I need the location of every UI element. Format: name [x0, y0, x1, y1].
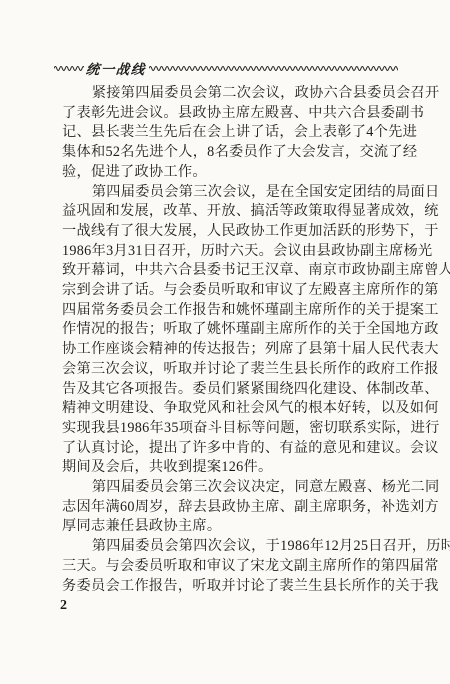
text-line: 第四届委员会第三次会议决定，同意左殿喜、杨光二同: [62, 478, 400, 498]
paragraph: 紧接第四届委员会第二次会议，政协六合县委员会召开了表彰先进会议。县政协主席左殿喜…: [62, 84, 400, 183]
text-line: 作情况的报告；听取了姚怀瑾副主席所作的关于全国地方政: [62, 320, 400, 340]
wave-ornament-right: [149, 64, 398, 72]
text-line: 四届常务委员会工作报告和姚怀瑾副主席所作的关于提案工: [62, 301, 400, 321]
text-line: 1986年3月31日召开，历时六天。会议由县政协副主席杨光: [62, 242, 400, 262]
text-line: 紧接第四届委员会第二次会议，政协六合县委员会召开: [62, 84, 400, 104]
text-line: 了认真讨论，提出了许多中肯的、有益的意见和建议。会议: [62, 439, 400, 459]
paragraph: 第四届委员会第三次会议决定，同意左殿喜、杨光二同志因年满60周岁，辞去县政协主席…: [62, 478, 400, 537]
book-page: 统一战线 紧接第四届委员会第二次会议，政协六合县委员会召开了表彰先进会议。县政协…: [0, 0, 450, 684]
text-line: 验，促进了政协工作。: [62, 163, 400, 183]
paragraph: 第四届委员会第四次会议，于1986年12月25日召开，历时三天。与会委员听取和审…: [62, 537, 400, 596]
text-line: 实现我县1986年35项奋斗目标等问题，密切联系实际，进行: [62, 419, 400, 439]
running-header: 统一战线: [54, 60, 398, 76]
text-line: 协工作座谈会精神的传达报告；列席了县第十届人民代表大: [62, 340, 400, 360]
text-line: 了表彰先进会议。县政协主席左殿喜、中共六合县委副书: [62, 104, 400, 124]
text-line: 集体和52名先进个人，8名委员作了大会发言，交流了经: [62, 143, 400, 163]
text-line: 志因年满60周岁，辞去县政协主席、副主席职务，补选刘方: [62, 498, 400, 518]
text-line: 务委员会工作报告，听取并讨论了裴兰生县长所作的关于我: [62, 577, 400, 597]
paragraph: 第四届委员会第三次会议，是在全国安定团结的局面日益巩固和发展，改革、开放、搞活等…: [62, 183, 400, 479]
text-line: 告及其它各项报告。委员们紧紧围绕四化建设、体制改革、: [62, 380, 400, 400]
wave-ornament-left: [54, 64, 84, 72]
text-line: 宗到会讲了话。与会委员听取和审议了左殿喜主席所作的第: [62, 281, 400, 301]
body-text: 紧接第四届委员会第二次会议，政协六合县委员会召开了表彰先进会议。县政协主席左殿喜…: [62, 84, 400, 596]
text-line: 第四届委员会第四次会议，于1986年12月25日召开，历时: [62, 537, 400, 557]
text-line: 记、县长裴兰生先后在会上讲了话，会上表彰了4个先进: [62, 123, 400, 143]
text-line: 精神文明建设、争取党风和社会风气的根本好转，以及如何: [62, 399, 400, 419]
running-header-title: 统一战线: [83, 58, 150, 78]
text-line: 第四届委员会第三次会议，是在全国安定团结的局面日: [62, 183, 400, 203]
text-line: 致开幕词，中共六合县委书记王汉章、南京市政协副主席曾人: [62, 261, 400, 281]
text-line: 厚同志兼任县政协主席。: [62, 517, 400, 537]
text-line: 期间及会后，共收到提案126件。: [62, 458, 400, 478]
text-line: 会第三次会议，听取并讨论了裴兰生县长所作的政府工作报: [62, 360, 400, 380]
text-line: 三天。与会委员听取和审议了宋龙文副主席所作的第四届常: [62, 557, 400, 577]
text-line: 益巩固和发展，改革、开放、搞活等政策取得显著成效，统: [62, 202, 400, 222]
page-number: 2: [60, 598, 67, 614]
text-line: 一战线有了很大发展，人民政协工作更加活跃的形势下，于: [62, 222, 400, 242]
